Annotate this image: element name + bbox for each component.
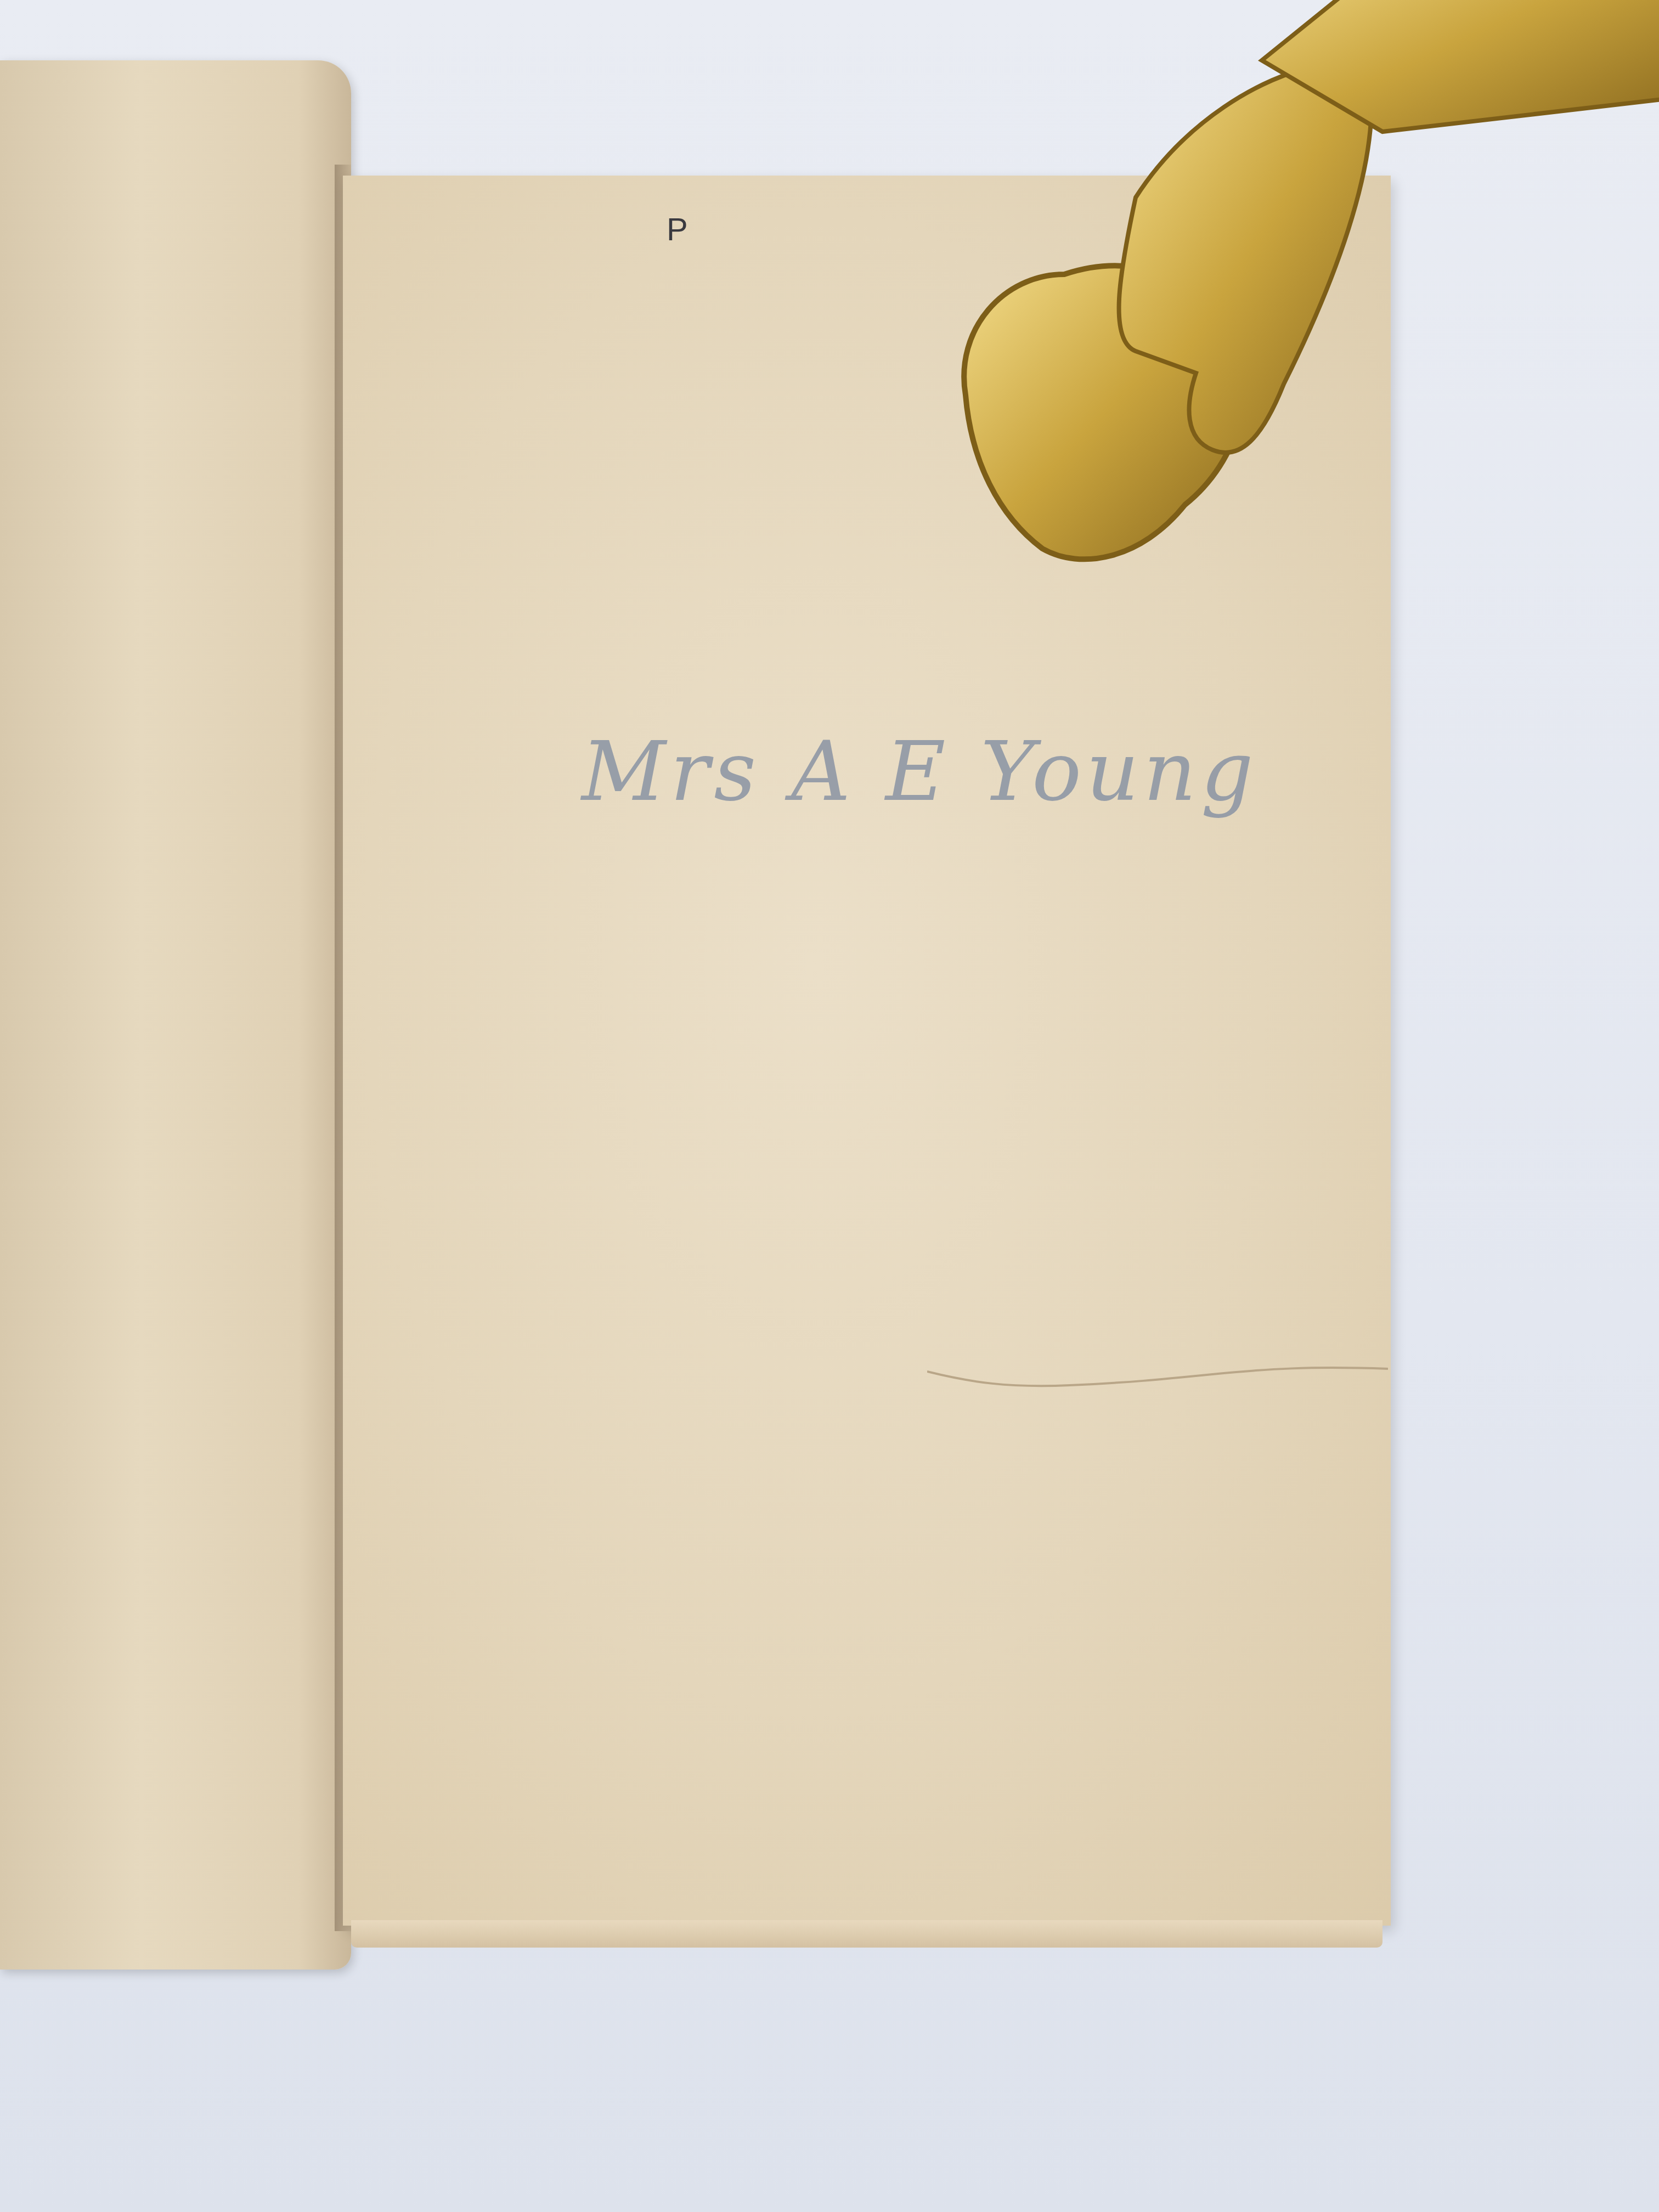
corner-pencil-mark: P — [667, 211, 688, 248]
brass-hand-clip-icon — [955, 0, 1659, 636]
left-book-page — [0, 60, 351, 1970]
page-edges — [351, 1920, 1383, 1948]
ownership-inscription: Mrs A E Young — [582, 724, 1258, 820]
paper-crease — [927, 1350, 1388, 1399]
